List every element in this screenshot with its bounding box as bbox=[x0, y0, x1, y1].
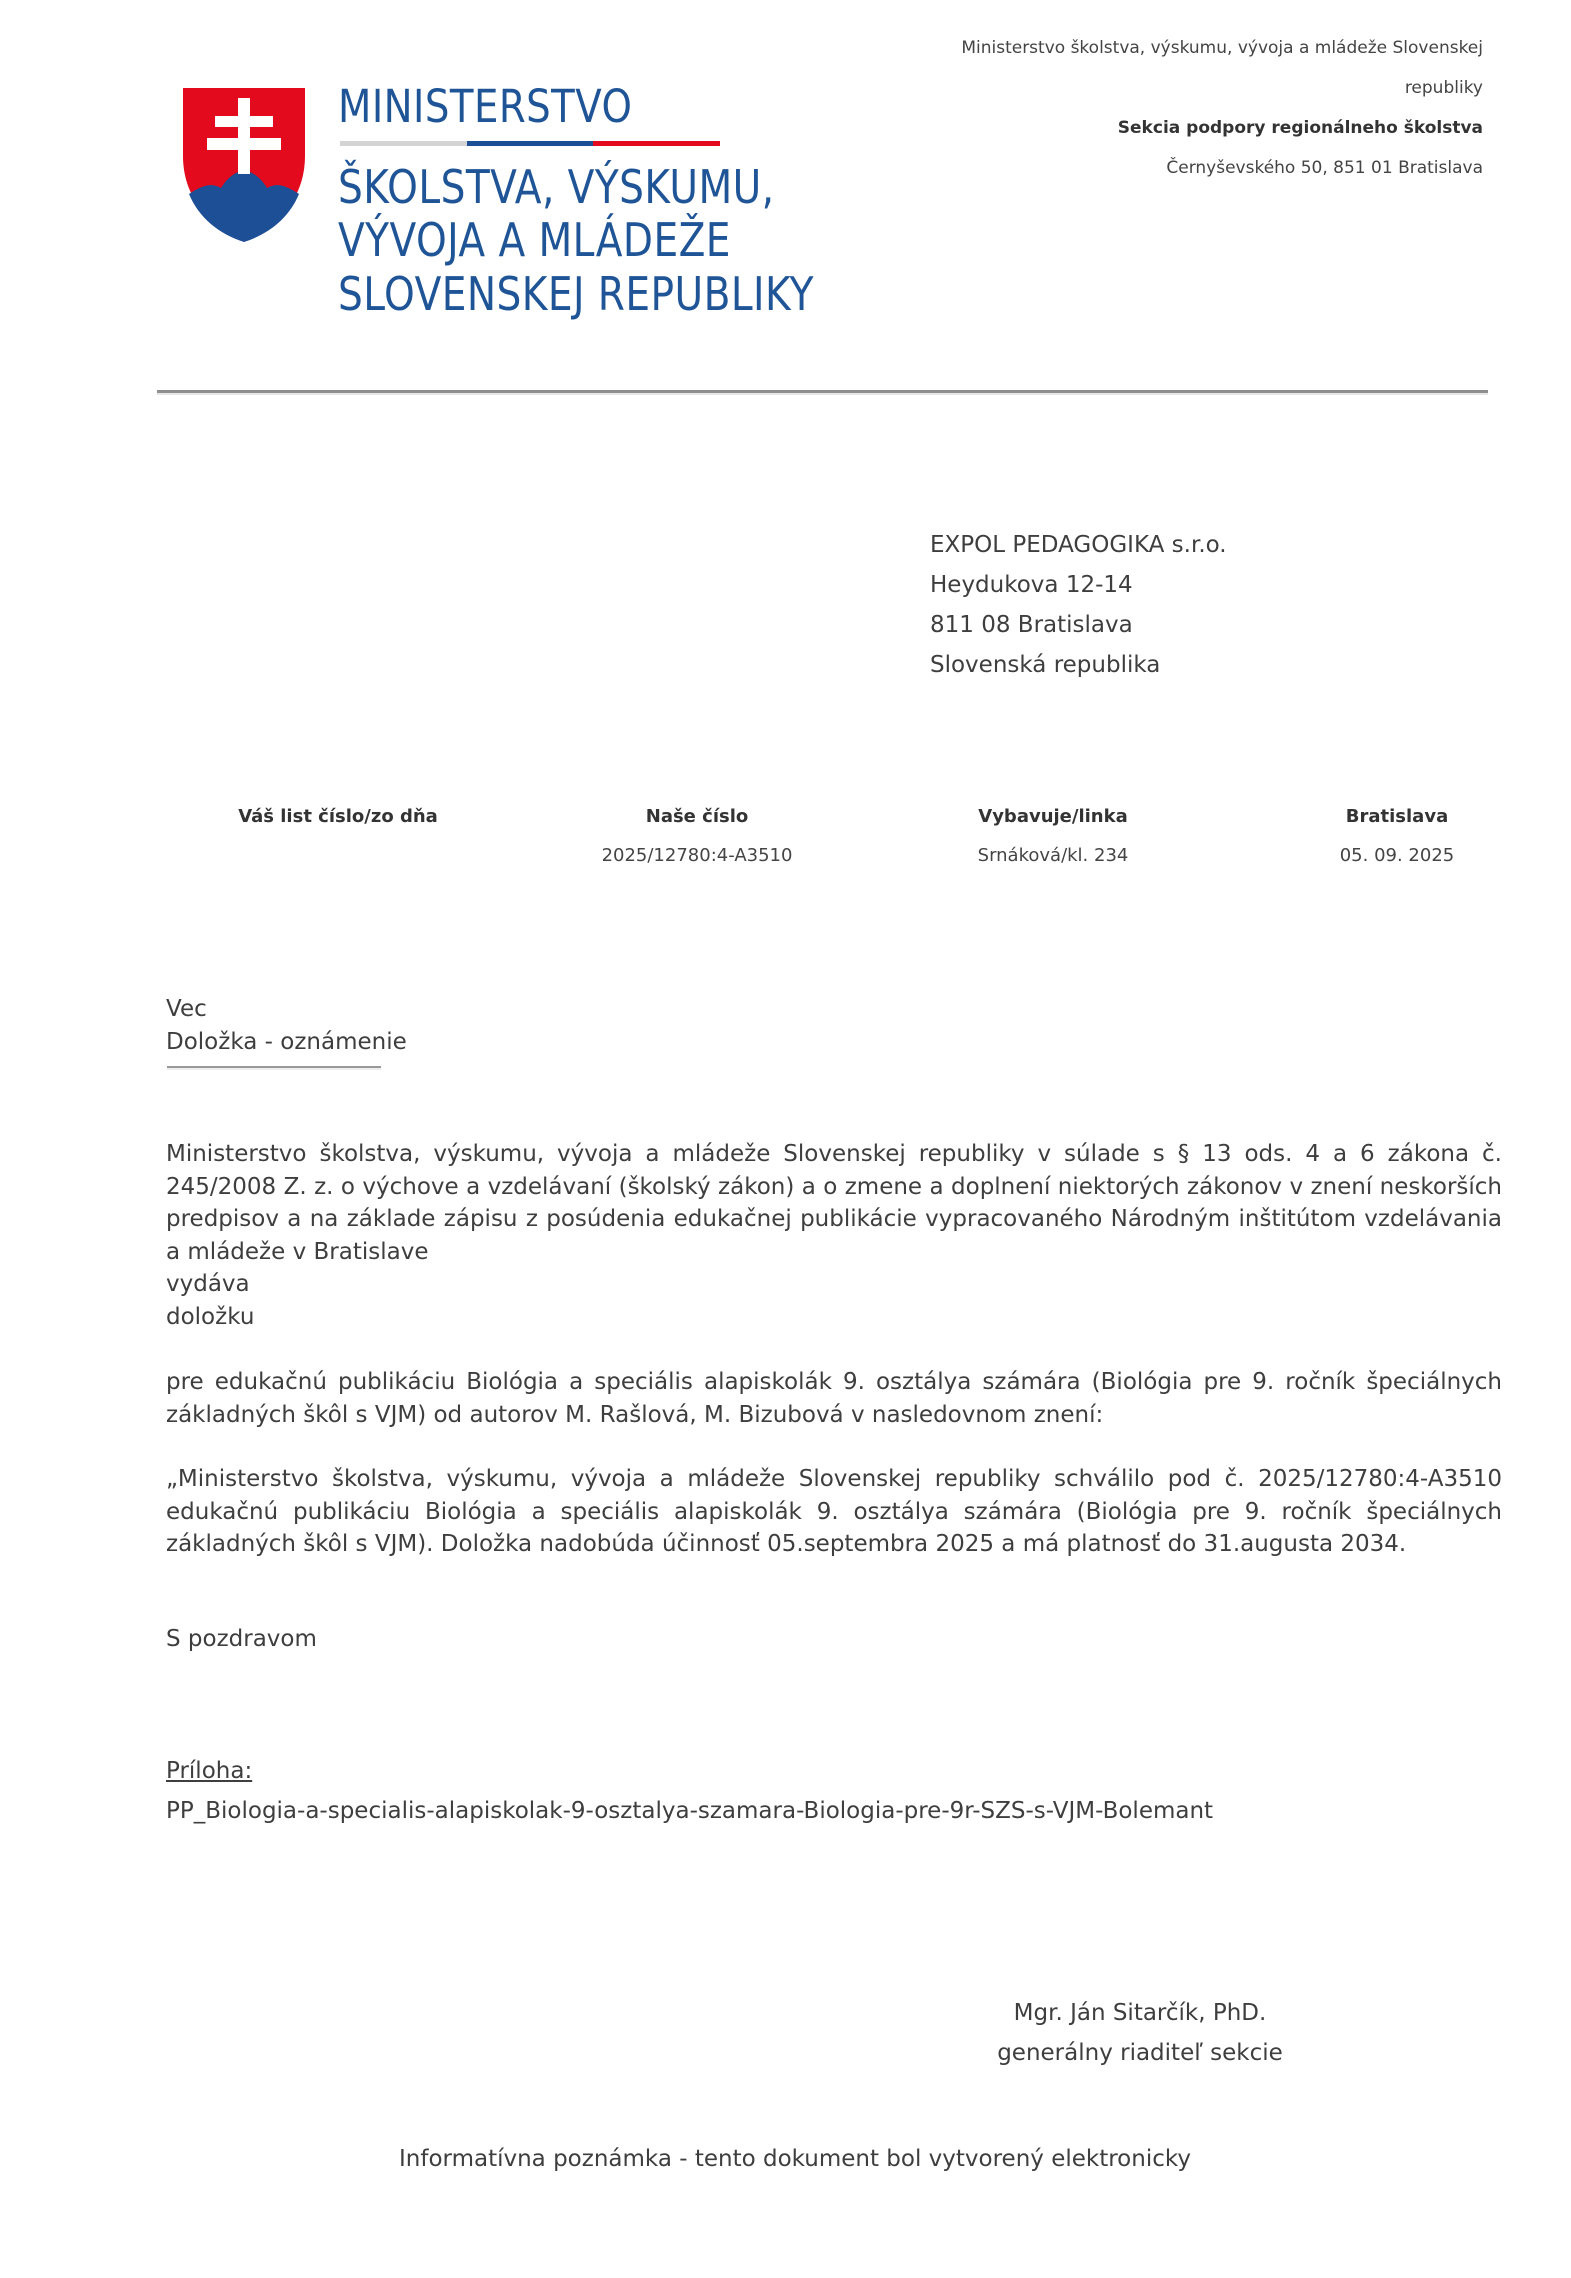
subject-underline bbox=[167, 1066, 381, 1070]
reference-handled-by: Vybavuje/linka Srnáková/kl. 234 bbox=[903, 802, 1203, 880]
logo-ministry-line1: MINISTERSTVO bbox=[338, 80, 632, 133]
logo-tricolor-bar bbox=[340, 141, 720, 146]
attachment-label: Príloha: bbox=[166, 1755, 1502, 1788]
reference-your-letter: Váš list číslo/zo dňa bbox=[188, 802, 488, 880]
slovak-coat-of-arms-icon bbox=[181, 86, 307, 244]
reference-value: Srnáková/kl. 234 bbox=[903, 832, 1203, 880]
sender-ministry-name-cont: republiky bbox=[923, 68, 1483, 108]
sender-ministry-name: Ministerstvo školstva, výskumu, vývoja a… bbox=[923, 28, 1483, 68]
signatory-name: Mgr. Ján Sitarčík, PhD. bbox=[960, 1993, 1320, 2033]
sender-address: Černyševského 50, 851 01 Bratislava bbox=[923, 148, 1483, 188]
reference-label: Naše číslo bbox=[547, 802, 847, 832]
signature-block: Mgr. Ján Sitarčík, PhD. generálny riadit… bbox=[960, 1993, 1320, 2073]
attachment-filename: PP_Biologia-a-specialis-alapiskolak-9-os… bbox=[166, 1795, 1502, 1828]
body-paragraph-publication: pre edukačnú publikáciu Biológia a speci… bbox=[166, 1366, 1502, 1431]
footer-note: Informatívna poznámka - tento dokument b… bbox=[0, 2146, 1571, 2172]
recipient-street: Heydukova 12-14 bbox=[930, 565, 1227, 605]
body-paragraph-issues: vydáva doložku bbox=[166, 1268, 1502, 1333]
subject-title: Doložka - oznámenie bbox=[166, 1026, 407, 1059]
recipient-name: EXPOL PEDAGOGIKA s.r.o. bbox=[930, 525, 1227, 565]
body-paragraph-clause-text: „Ministerstvo školstva, výskumu, vývoja … bbox=[166, 1463, 1502, 1561]
recipient-country: Slovenská republika bbox=[930, 645, 1227, 685]
reference-value bbox=[188, 832, 488, 880]
recipient-address: EXPOL PEDAGOGIKA s.r.o. Heydukova 12-14 … bbox=[930, 525, 1227, 685]
sender-block: Ministerstvo školstva, výskumu, vývoja a… bbox=[923, 28, 1483, 188]
reference-label: Vybavuje/linka bbox=[903, 802, 1203, 832]
reference-value: 2025/12780:4-A3510 bbox=[547, 832, 847, 880]
sender-section: Sekcia podpory regionálneho školstva bbox=[923, 108, 1483, 148]
reference-label: Bratislava bbox=[1247, 802, 1547, 832]
reference-our-number: Naše číslo 2025/12780:4-A3510 bbox=[547, 802, 847, 880]
reference-value: 05. 09. 2025 bbox=[1247, 832, 1547, 880]
logo-ministry-line3: VÝVOJA A MLÁDEŽE bbox=[338, 213, 731, 267]
body-paragraph-legal-basis: Ministerstvo školstva, výskumu, vývoja a… bbox=[166, 1138, 1502, 1268]
recipient-city: 811 08 Bratislava bbox=[930, 605, 1227, 645]
header-divider bbox=[157, 390, 1488, 395]
reference-label: Váš list číslo/zo dňa bbox=[188, 802, 488, 832]
issues-verb: vydáva bbox=[166, 1268, 1502, 1301]
subject-block: Vec Doložka - oznámenie bbox=[166, 993, 407, 1059]
greeting: S pozdravom bbox=[166, 1623, 1502, 1656]
logo-ministry-line2: ŠKOLSTVA, VÝSKUMU, bbox=[338, 160, 775, 214]
subject-label: Vec bbox=[166, 993, 407, 1026]
reference-place-date: Bratislava 05. 09. 2025 bbox=[1247, 802, 1547, 880]
issues-object: doložku bbox=[166, 1301, 1502, 1334]
signatory-title: generálny riaditeľ sekcie bbox=[960, 2033, 1320, 2073]
logo-ministry-line4: SLOVENSKEJ REPUBLIKY bbox=[338, 267, 814, 321]
